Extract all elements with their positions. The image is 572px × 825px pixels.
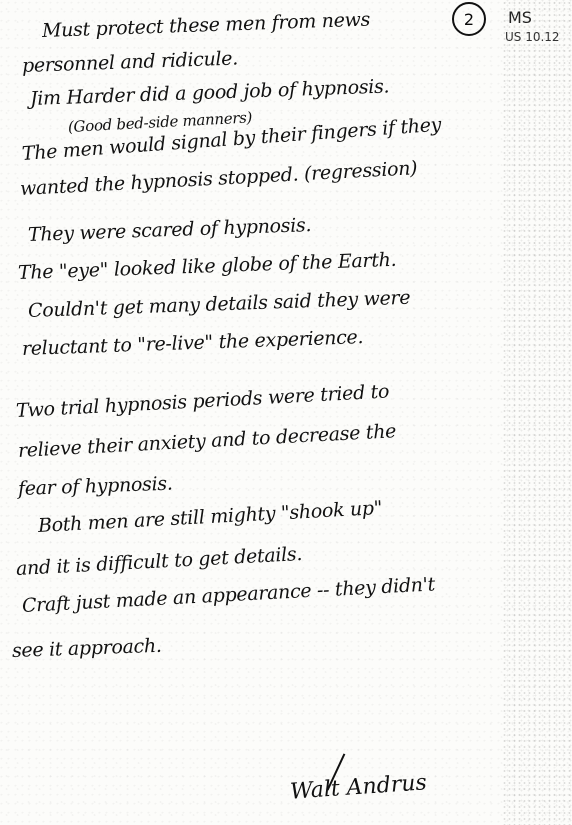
page-number: 2 <box>464 10 474 29</box>
handwritten-line: wanted the hypnosis stopped. (regression… <box>19 157 417 200</box>
handwritten-line: see it approach. <box>12 635 162 662</box>
handwritten-line: Must protect these men from news <box>42 9 371 42</box>
scan-noise-margin <box>502 0 572 825</box>
handwritten-line: and it is difficult to get details. <box>15 543 302 580</box>
handwritten-line: The "eye" looked like globe of the Earth… <box>18 249 397 284</box>
handwritten-line: fear of hypnosis. <box>18 473 173 500</box>
stamp-reference: US 10.12 <box>505 30 560 44</box>
stamp-initials: MS <box>508 8 532 27</box>
handwritten-line: Two trial hypnosis periods were tried to <box>15 380 389 422</box>
scanned-page: 2 MS US 10.12 Must protect these men fro… <box>0 0 572 825</box>
handwritten-line: personnel and ridicule. <box>22 47 239 77</box>
handwritten-line: They were scared of hypnosis. <box>28 214 312 246</box>
handwritten-line: reluctant to "re-live" the experience. <box>22 326 364 360</box>
handwritten-line: Craft just made an appearance -- they di… <box>21 573 435 617</box>
handwritten-line: Both men are still mighty "shook up" <box>37 497 382 537</box>
handwritten-line: Couldn't get many details said they were <box>28 287 411 322</box>
handwritten-line: relieve their anxiety and to decrease th… <box>17 420 396 462</box>
handwritten-line: Jim Harder did a good job of hypnosis. <box>30 75 390 110</box>
signature: Walt Andrus <box>289 770 427 804</box>
page-number-circle: 2 <box>452 2 486 36</box>
